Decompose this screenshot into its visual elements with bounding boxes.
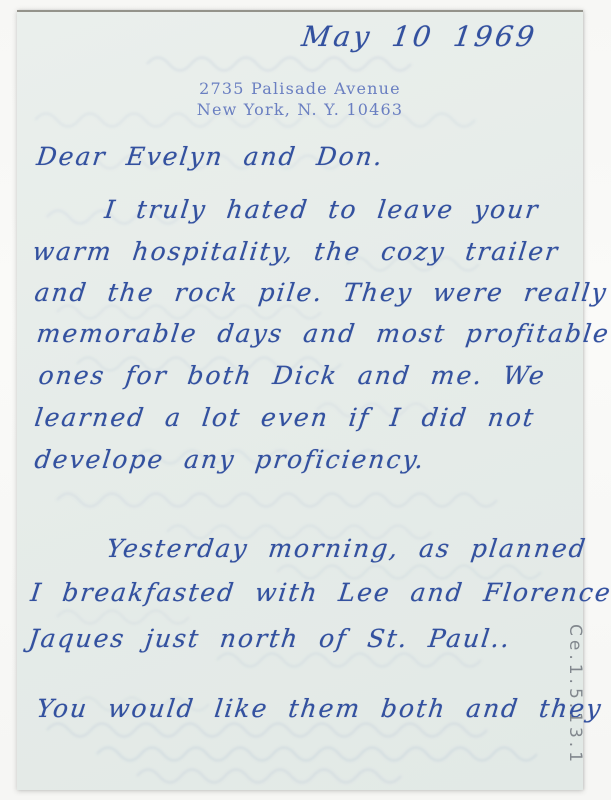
salutation: Dear Evelyn and Don. (35, 142, 386, 171)
letter-line: warm hospitality, the cozy trailer (31, 237, 561, 266)
letter-line: and the rock pile. They were really (33, 278, 609, 307)
letter-page: May 10 1969 2735 Palisade Avenue New Yor… (17, 10, 583, 790)
letter-line: ones for both Dick and me. We (37, 361, 548, 390)
margin-annotation: Ce.1.5.13.1 (565, 624, 585, 766)
letter-line: learned a lot even if I did not (33, 403, 537, 432)
letter-line: Yesterday morning, as planned (105, 534, 589, 563)
letterhead-address-line2: New York, N. Y. 10463 (17, 99, 583, 120)
letter-date: May 10 1969 (300, 20, 540, 53)
letterhead: 2735 Palisade Avenue New York, N. Y. 104… (17, 78, 583, 120)
letterhead-address-line1: 2735 Palisade Avenue (17, 78, 583, 99)
letter-line: I truly hated to leave your (103, 195, 541, 224)
letter-line: You would like them both and they (35, 694, 604, 723)
letter-line: memorable days and most profitable (35, 319, 611, 348)
letter-line: Jaques just north of St. Paul.. (27, 624, 513, 653)
letter-line: I breakfasted with Lee and Florence (29, 578, 611, 607)
letter-line: develope any proficiency. (33, 445, 427, 474)
bleed-through-decoration (17, 12, 583, 790)
